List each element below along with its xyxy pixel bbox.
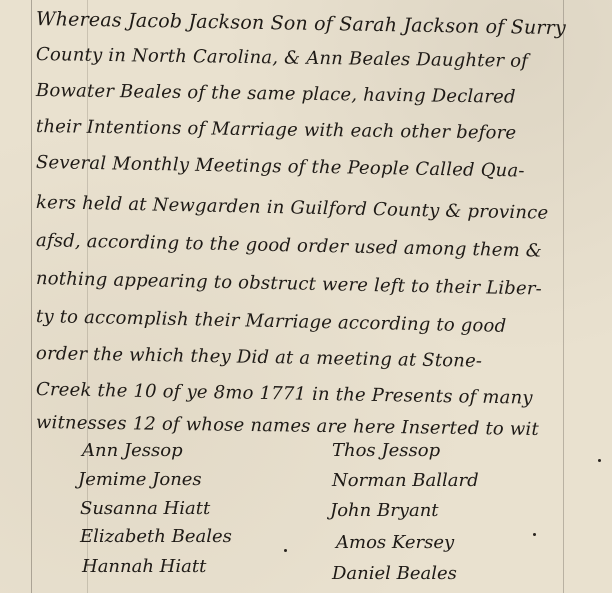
witness-name: Elizabeth Beales (80, 526, 232, 547)
witness-name: John Bryant (330, 500, 439, 521)
left-margin-rule (31, 0, 32, 593)
witness-name: Susanna Hiatt (80, 498, 210, 519)
witness-name: Jemime Jones (78, 469, 202, 490)
ink-spot (598, 459, 601, 462)
witness-name: Thos Jessop (332, 440, 440, 461)
witness-name: Amos Kersey (336, 532, 454, 553)
witness-name: Hannah Hiatt (82, 556, 206, 577)
witness-name: Daniel Beales (332, 563, 457, 584)
witness-name: Ann Jessop (82, 440, 183, 461)
ink-spot (533, 533, 536, 536)
ink-spot (284, 549, 287, 552)
right-margin-rule (563, 0, 564, 593)
witness-name: Norman Ballard (332, 470, 479, 491)
